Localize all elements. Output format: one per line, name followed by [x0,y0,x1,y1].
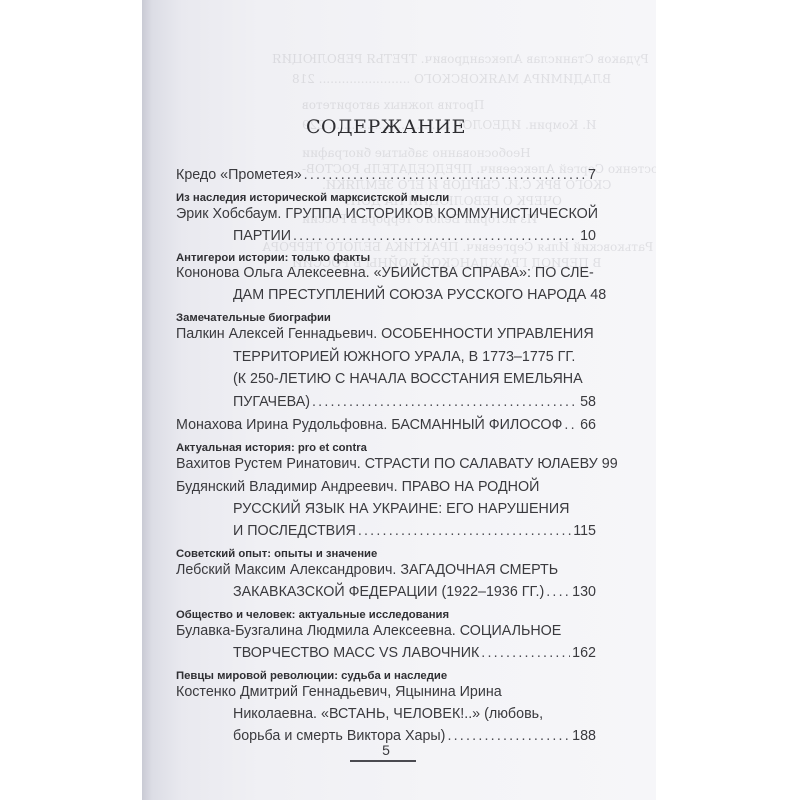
toc-page-number: 10 [580,227,596,245]
toc-entry-line: Эрик Хобсбаум. ГРУППА ИСТОРИКОВ КОММУНИС… [176,205,596,223]
toc-page-number: 99 [602,455,618,473]
toc-entry-line[interactable]: Вахитов Рустем Ринатович. СТРАСТИ ПО САЛ… [176,455,596,473]
toc-entry-line: (К 250-ЛЕТИЮ С НАЧАЛА ВОССТАНИЯ ЕМЕЛЬЯНА [233,370,596,388]
dot-leader: ........................................… [312,393,578,411]
toc-entry-text: Эрик Хобсбаум. ГРУППА ИСТОРИКОВ КОММУНИС… [176,205,598,223]
toc-entry-line: Кононова Ольга Алексеевна. «УБИЙСТВА СПР… [176,264,596,282]
toc-section-heading: Актуальная история: pro et contra [176,442,367,454]
toc-entry-line[interactable]: ТВОРЧЕСТВО МАСС VS ЛАВОЧНИК.............… [233,644,596,662]
toc-page-number: 7 [588,166,596,184]
toc-page-number: 48 [590,286,606,304]
dot-leader: ........................................… [564,416,578,434]
toc-entry-line[interactable]: ПАРТИИ..................................… [233,227,596,245]
toc-entry-line[interactable]: ПУГАЧЕВА)...............................… [233,393,596,411]
bleed-through-line: Рудаков Станислав Александрович. ТРЕТЬЯ … [272,52,649,66]
toc-section-heading: Антигерои истории: только факты [176,252,370,264]
toc-entry-line: Лебский Максим Александрович. ЗАГАДОЧНАЯ… [176,561,596,579]
toc-entry-line[interactable]: ДАМ ПРЕСТУПЛЕНИЙ СОЮЗА РУССКОГО НАРОДА..… [233,286,596,304]
toc-entry-line: Костенко Дмитрий Геннадьевич, Яцынина Ир… [176,683,596,701]
toc-entry-line: РУССКИЙ ЯЗЫК НА УКРАИНЕ: ЕГО НАРУШЕНИЯ [233,500,596,518]
toc-entry-text: ТЕРРИТОРИЕЙ ЮЖНОГО УРАЛА, В 1773–1775 ГГ… [233,348,575,366]
toc-entry-line[interactable]: И ПОСЛЕДСТВИЯ...........................… [233,522,596,540]
toc-page-number: 66 [580,416,596,434]
toc-page-number: 115 [573,522,596,540]
toc-section-heading: Замечательные биографии [176,312,331,324]
toc-entry-text: ПУГАЧЕВА) [233,393,310,411]
bleed-through-line: Необоснованно забытые биографии [302,146,531,160]
toc-entry-line: Палкин Алексей Геннадьевич. ОСОБЕННОСТИ … [176,325,596,343]
toc-entry-text: Лебский Максим Александрович. ЗАГАДОЧНАЯ… [176,561,558,579]
toc-entry-text: РУССКИЙ ЯЗЫК НА УКРАИНЕ: ЕГО НАРУШЕНИЯ [233,500,569,518]
toc-section-heading: Из наследия исторической марксистской мы… [176,192,449,204]
toc-section-heading: Общество и человек: актуальные исследова… [176,609,449,621]
toc-entry-text: Будянский Владимир Андреевич. ПРАВО НА Р… [176,478,539,496]
toc-entry-text: Палкин Алексей Геннадьевич. ОСОБЕННОСТИ … [176,325,594,343]
toc-section-heading: Советский опыт: опыты и значение [176,548,377,560]
dot-leader: ........................................… [546,583,570,601]
toc-page-number: 130 [572,583,596,601]
toc-entry-text: ЗАКАВКАЗСКОЙ ФЕДЕРАЦИИ (1922–1936 ГГ.) [233,583,544,601]
toc-entry-text: И ПОСЛЕДСТВИЯ [233,522,356,540]
toc-entry-text: Кононова Ольга Алексеевна. «УБИЙСТВА СПР… [176,264,594,282]
dot-leader: ........................................… [358,522,571,540]
dot-leader: ........................................… [481,644,570,662]
bleed-through-line: ВЛАДИМИРА МАЯКОВСКОГО ..................… [292,72,611,86]
book-page: Рудаков Станислав Александрович. ТРЕТЬЯ … [142,0,656,800]
toc-page-number: 58 [580,393,596,411]
toc-entry-text: Вахитов Рустем Ринатович. СТРАСТИ ПО САЛ… [176,455,598,473]
page-title: СОДЕРЖАНИЕ [176,116,596,138]
toc-entry-text: Булавка-Бузгалина Людмила Алексеевна. СО… [176,622,561,640]
toc-entry-text: Костенко Дмитрий Геннадьевич, Яцынина Ир… [176,683,502,701]
toc-entry-line: Булавка-Бузгалина Людмила Алексеевна. СО… [176,622,596,640]
toc-entry-line[interactable]: Кредо «Прометея»........................… [176,166,596,184]
toc-entry-text: Кредо «Прометея» [176,166,302,184]
toc-entry-line: ТЕРРИТОРИЕЙ ЮЖНОГО УРАЛА, В 1773–1775 ГГ… [233,348,596,366]
toc-entry-line[interactable]: ЗАКАВКАЗСКОЙ ФЕДЕРАЦИИ (1922–1936 ГГ.)..… [233,583,596,601]
page-number-rule [350,760,416,762]
toc-page-number: 162 [572,644,596,662]
toc-entry-text: Монахова Ирина Рудольфовна. БАСМАННЫЙ ФИ… [176,416,562,434]
toc-entry-line: Николаевна. «ВСТАНЬ, ЧЕЛОВЕК!..» (любовь… [233,705,596,723]
toc-section-heading: Певцы мировой революции: судьба и наслед… [176,670,447,682]
dot-leader: ........................................… [304,166,586,184]
bleed-through-line: Против ложных авторитетов [302,98,484,112]
toc-entry-text: ТВОРЧЕСТВО МАСС VS ЛАВОЧНИК [233,644,479,662]
toc-entry-text: (К 250-ЛЕТИЮ С НАЧАЛА ВОССТАНИЯ ЕМЕЛЬЯНА [233,370,583,388]
toc-entry-line[interactable]: Монахова Ирина Рудольфовна. БАСМАННЫЙ ФИ… [176,416,596,434]
dot-leader: ........................................… [293,227,578,245]
toc-entry-line: Будянский Владимир Андреевич. ПРАВО НА Р… [176,478,596,496]
toc-entry-text: ДАМ ПРЕСТУПЛЕНИЙ СОЮЗА РУССКОГО НАРОДА [233,286,586,304]
toc-entry-text: Николаевна. «ВСТАНЬ, ЧЕЛОВЕК!..» (любовь… [233,705,543,723]
toc-entry-text: ПАРТИИ [233,227,291,245]
page-number: 5 [176,742,596,758]
